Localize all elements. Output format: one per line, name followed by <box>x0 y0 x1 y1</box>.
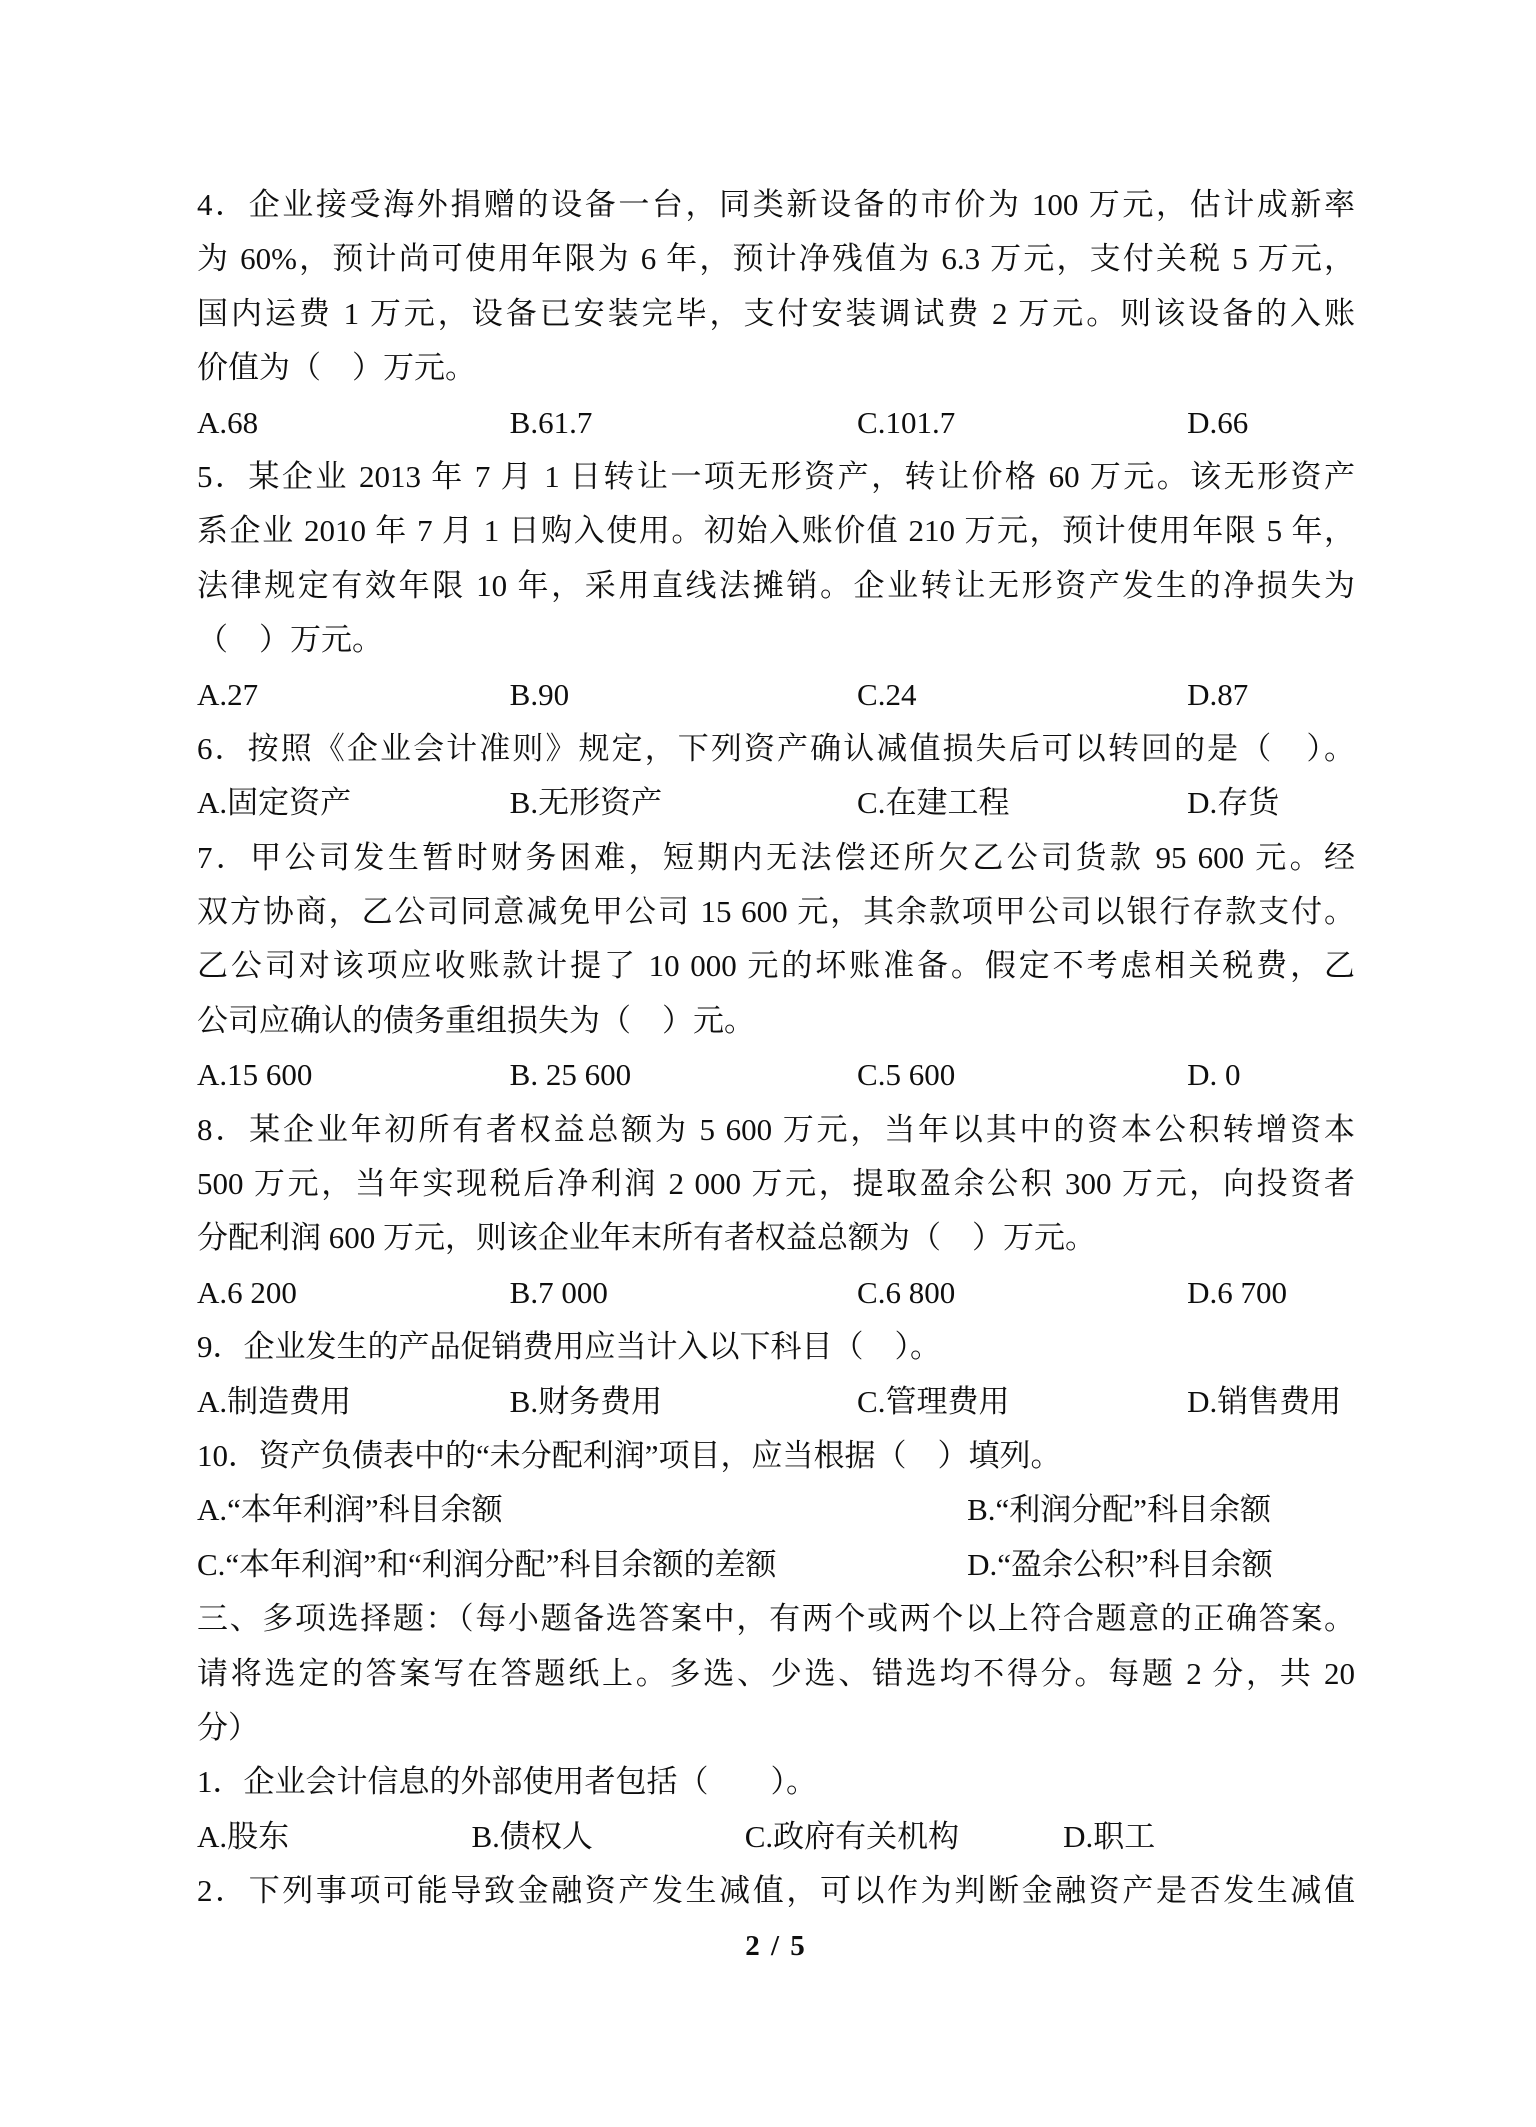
question-4-line-4: 价值为（ ）万元。 <box>197 341 1355 395</box>
page-content: 4．企业接受海外捐赠的设备一台，同类新设备的市价为 100 万元，估计成新率 为… <box>197 178 1355 1973</box>
question-4-option-b: B.61.7 <box>510 396 857 450</box>
page-number: 2 / 5 <box>197 1919 1355 1973</box>
question-4-line-3: 国内运费 1 万元，设备已安装完毕，支付安装调试费 2 万元。则该设备的入账 <box>197 287 1355 341</box>
question-4-option-c: C.101.7 <box>857 396 1187 450</box>
multi-question-1: 1．企业会计信息的外部使用者包括（ ）。 A.股东 B.债权人 C.政府有关机构… <box>197 1755 1355 1864</box>
question-9-option-d: D.销售费用 <box>1187 1375 1355 1429</box>
question-8-option-d: D.6 700 <box>1187 1266 1355 1320</box>
question-4: 4．企业接受海外捐赠的设备一台，同类新设备的市价为 100 万元，估计成新率 为… <box>197 178 1355 450</box>
question-7-line-2: 双方协商，乙公司同意减免甲公司 15 600 元，其余款项甲公司以银行存款支付。 <box>197 885 1355 939</box>
question-7-options: A.15 600 B. 25 600 C.5 600 D. 0 <box>197 1048 1355 1102</box>
question-7-line-4: 公司应确认的债务重组损失为（ ）元。 <box>197 994 1355 1048</box>
question-5-option-d: D.87 <box>1187 668 1355 722</box>
question-7: 7．甲公司发生暂时财务困难，短期内无法偿还所欠乙公司货款 95 600 元。经 … <box>197 831 1355 1103</box>
section-3-header: 三、多项选择题：（每小题备选答案中，有两个或两个以上符合题意的正确答案。 请将选… <box>197 1592 1355 1755</box>
multi-question-1-option-a: A.股东 <box>197 1810 471 1864</box>
question-9-option-a: A.制造费用 <box>197 1375 510 1429</box>
question-5-option-a: A.27 <box>197 668 510 722</box>
question-4-line-2: 为 60%，预计尚可使用年限为 6 年，预计净残值为 6.3 万元，支付关税 5… <box>197 232 1355 286</box>
section-3-header-line-1: 三、多项选择题：（每小题备选答案中，有两个或两个以上符合题意的正确答案。 <box>197 1592 1355 1646</box>
question-5-line-3: 法律规定有效年限 10 年，采用直线法摊销。企业转让无形资产发生的净损失为 <box>197 559 1355 613</box>
question-8-line-1: 8．某企业年初所有者权益总额为 5 600 万元，当年以其中的资本公积转增资本 <box>197 1103 1355 1157</box>
question-6-option-b: B.无形资产 <box>510 776 857 830</box>
question-6-option-a: A.固定资产 <box>197 776 510 830</box>
question-10-option-b: B.“利润分配”科目余额 <box>967 1483 1355 1537</box>
question-5: 5．某企业 2013 年 7 月 1 日转让一项无形资产，转让价格 60 万元。… <box>197 450 1355 722</box>
multi-question-1-options: A.股东 B.债权人 C.政府有关机构 D.职工 <box>197 1810 1355 1864</box>
multi-question-1-option-b: B.债权人 <box>471 1810 744 1864</box>
question-6-options: A.固定资产 B.无形资产 C.在建工程 D.存货 <box>197 776 1355 830</box>
question-4-option-d: D.66 <box>1187 396 1355 450</box>
question-10-line-1: 10．资产负债表中的“未分配利润”项目，应当根据（ ）填列。 <box>197 1429 1355 1483</box>
question-10: 10．资产负债表中的“未分配利润”项目，应当根据（ ）填列。 A.“本年利润”科… <box>197 1429 1355 1592</box>
question-7-option-c: C.5 600 <box>857 1048 1187 1102</box>
question-9-option-c: C.管理费用 <box>857 1375 1187 1429</box>
multi-question-1-line-1: 1．企业会计信息的外部使用者包括（ ）。 <box>197 1755 1355 1809</box>
section-3-header-line-3: 分） <box>197 1701 1355 1755</box>
question-7-line-1: 7．甲公司发生暂时财务困难，短期内无法偿还所欠乙公司货款 95 600 元。经 <box>197 831 1355 885</box>
question-5-line-4: （ ）万元。 <box>197 613 1355 667</box>
section-3-header-line-2: 请将选定的答案写在答题纸上。多选、少选、错选均不得分。每题 2 分，共 20 <box>197 1647 1355 1701</box>
multi-question-1-option-d: D.职工 <box>1063 1810 1355 1864</box>
question-5-options: A.27 B.90 C.24 D.87 <box>197 668 1355 722</box>
question-5-line-1: 5．某企业 2013 年 7 月 1 日转让一项无形资产，转让价格 60 万元。… <box>197 450 1355 504</box>
question-4-options: A.68 B.61.7 C.101.7 D.66 <box>197 396 1355 450</box>
question-9: 9．企业发生的产品促销费用应当计入以下科目（ ）。 A.制造费用 B.财务费用 … <box>197 1320 1355 1429</box>
question-4-option-a: A.68 <box>197 396 510 450</box>
question-6: 6．按照《企业会计准则》规定，下列资产确认减值损失后可以转回的是（ ）。 A.固… <box>197 722 1355 831</box>
question-5-line-2: 系企业 2010 年 7 月 1 日购入使用。初始入账价值 210 万元，预计使… <box>197 504 1355 558</box>
question-8-line-3: 分配利润 600 万元，则该企业年末所有者权益总额为（ ）万元。 <box>197 1211 1355 1265</box>
question-8-option-b: B.7 000 <box>510 1266 857 1320</box>
question-8: 8．某企业年初所有者权益总额为 5 600 万元，当年以其中的资本公积转增资本 … <box>197 1103 1355 1321</box>
question-10-options-row-2: C.“本年利润”和“利润分配”科目余额的差额 D.“盈余公积”科目余额 <box>197 1538 1355 1592</box>
question-4-line-1: 4．企业接受海外捐赠的设备一台，同类新设备的市价为 100 万元，估计成新率 <box>197 178 1355 232</box>
question-8-line-2: 500 万元，当年实现税后净利润 2 000 万元，提取盈余公积 300 万元，… <box>197 1157 1355 1211</box>
question-5-option-b: B.90 <box>510 668 857 722</box>
question-6-option-d: D.存货 <box>1187 776 1355 830</box>
question-10-option-a: A.“本年利润”科目余额 <box>197 1483 967 1537</box>
question-9-options: A.制造费用 B.财务费用 C.管理费用 D.销售费用 <box>197 1375 1355 1429</box>
question-6-option-c: C.在建工程 <box>857 776 1187 830</box>
question-8-option-a: A.6 200 <box>197 1266 510 1320</box>
question-7-line-3: 乙公司对该项应收账款计提了 10 000 元的坏账准备。假定不考虑相关税费，乙 <box>197 939 1355 993</box>
question-7-option-a: A.15 600 <box>197 1048 510 1102</box>
question-8-options: A.6 200 B.7 000 C.6 800 D.6 700 <box>197 1266 1355 1320</box>
multi-question-1-option-c: C.政府有关机构 <box>745 1810 1063 1864</box>
multi-question-2: 2．下列事项可能导致金融资产发生减值，可以作为判断金融资产是否发生减值 <box>197 1864 1355 1918</box>
question-9-line-1: 9．企业发生的产品促销费用应当计入以下科目（ ）。 <box>197 1320 1355 1374</box>
question-10-option-d: D.“盈余公积”科目余额 <box>967 1538 1355 1592</box>
question-5-option-c: C.24 <box>857 668 1187 722</box>
multi-question-2-line-1: 2．下列事项可能导致金融资产发生减值，可以作为判断金融资产是否发生减值 <box>197 1864 1355 1918</box>
question-9-option-b: B.财务费用 <box>510 1375 857 1429</box>
question-10-options-row-1: A.“本年利润”科目余额 B.“利润分配”科目余额 <box>197 1483 1355 1537</box>
question-7-option-d: D. 0 <box>1187 1048 1355 1102</box>
exam-page: 4．企业接受海外捐赠的设备一台，同类新设备的市价为 100 万元，估计成新率 为… <box>0 0 1536 2127</box>
question-10-option-c: C.“本年利润”和“利润分配”科目余额的差额 <box>197 1538 967 1592</box>
question-8-option-c: C.6 800 <box>857 1266 1187 1320</box>
question-6-line-1: 6．按照《企业会计准则》规定，下列资产确认减值损失后可以转回的是（ ）。 <box>197 722 1355 776</box>
question-7-option-b: B. 25 600 <box>510 1048 857 1102</box>
